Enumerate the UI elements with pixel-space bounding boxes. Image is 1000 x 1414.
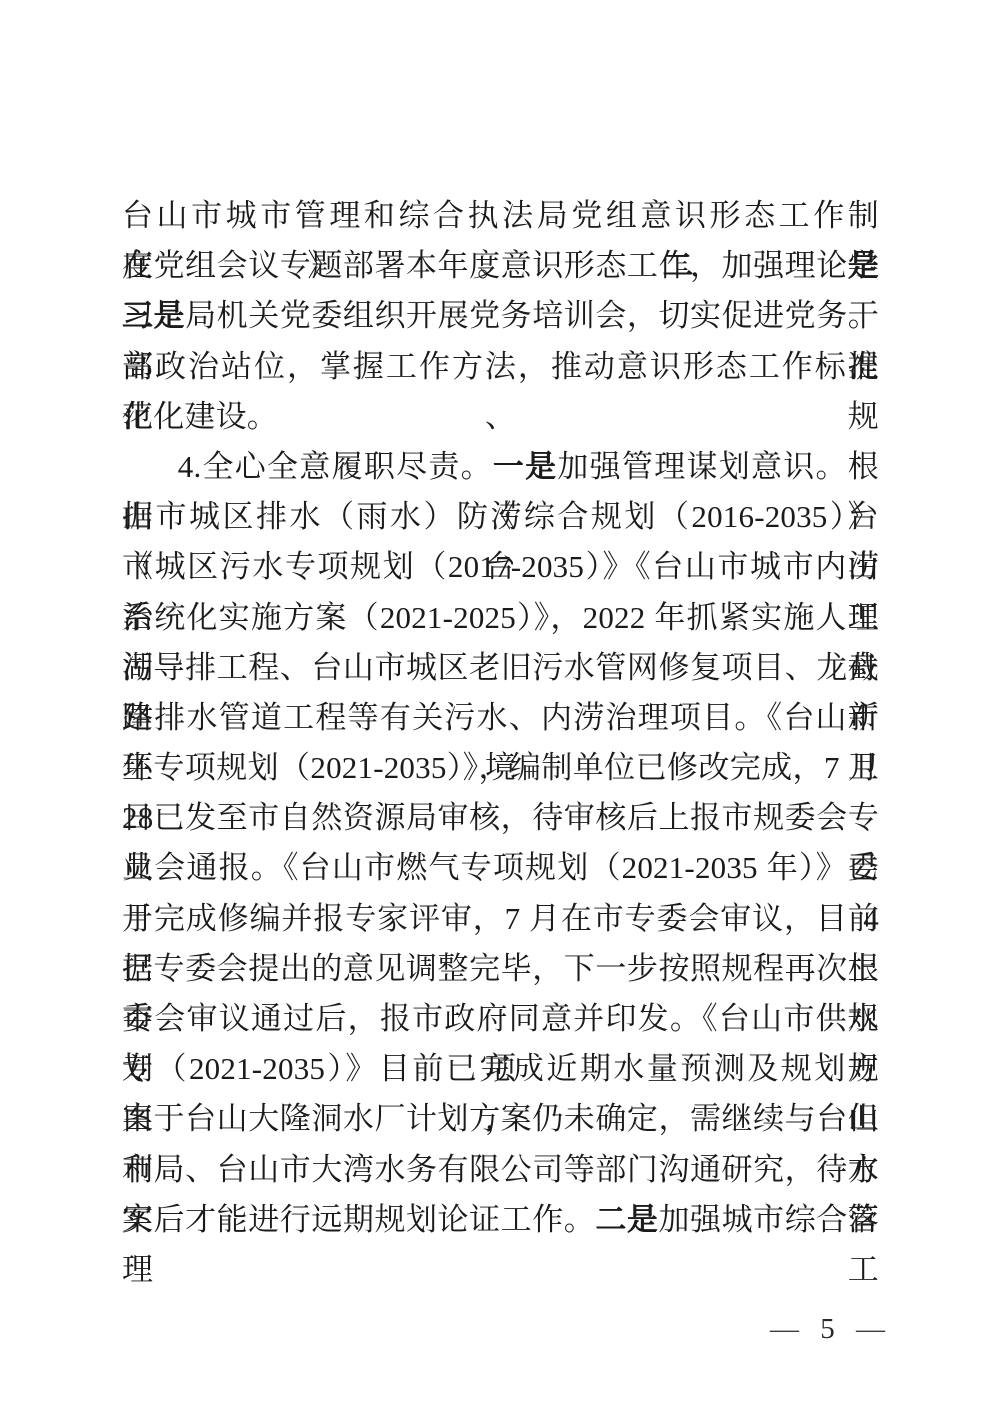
text-line: 实后才能进行远期规划论证工作。二是加强城市综合管理工 — [122, 1195, 879, 1245]
text-line: 山市城区排水（雨水）防涝综合规划（2016-2035）》《台山 — [122, 492, 879, 542]
document-page: 台山市城市管理和综合执法局党组意识形态工作制度》。二是在党组会议专题部署本年度意… — [0, 0, 1000, 1414]
text-line: 由于台山大隆洞水厂计划方案仍未确定，需继续与台山市水 — [122, 1094, 879, 1144]
text-line: 月完成修编并报专家评审，7 月在市专委会审议，目前已根 — [122, 894, 879, 944]
text-line: 污导排工程、台山市城区老旧污水管网修复项目、龙舟路新 — [122, 643, 879, 693]
text-line: 日已发至市自然资源局审核，待审核后上报市规委会专业委 — [122, 793, 879, 843]
text-line: 在党组会议专题部署本年度意识形态工作，加强理论学习。 — [122, 241, 879, 291]
page-number: 5 — [820, 1313, 835, 1346]
text-segment-bold: 三是 — [122, 298, 185, 333]
text-line: 台山市城市管理和综合执法局党组意识形态工作制度》。二是 — [122, 191, 879, 241]
text-segment: 范化建设。 — [122, 399, 278, 434]
text-line: 系统化实施方案（2021-2025）》，2022 年抓紧实施人工湖截 — [122, 593, 879, 643]
text-line: 市城区污水专项规划（2017-2035）》《台山市城市内涝治理 — [122, 542, 879, 592]
text-segment: 实后才能进行远期规划论证工作。 — [122, 1202, 595, 1237]
text-line: 员会通报。《台山市燃气专项规划（2021-2035 年）》已于 4 — [122, 843, 879, 893]
text-line: 据专委会提出的意见调整完毕，下一步按照规程再次上市规 — [122, 944, 879, 994]
page-number-right-dash: — — [856, 1313, 885, 1346]
page-footer: — 5 — — [770, 1313, 885, 1346]
text-line: 高政治站位，掌握工作方法，推动意识形态工作标准化、规 — [122, 342, 879, 392]
text-line: 划（2021-2035）》目前已完成近期水量预测及规划方案，但 — [122, 1044, 879, 1094]
text-segment: 4.全心全意履职尽责。 — [178, 449, 493, 484]
text-line: 三是局机关党委组织开展党务培训会，切实促进党务干部提 — [122, 291, 879, 341]
text-line: 4.全心全意履职尽责。一是加强管理谋划意识。根据《台 — [122, 442, 879, 492]
text-line: 生专项规划（2021-2035）》，编制单位已修改完成，7 月 28 — [122, 743, 879, 793]
page-number-left-dash: — — [770, 1313, 799, 1346]
document-body: 台山市城市管理和综合执法局党组意识形态工作制度》。二是在党组会议专题部署本年度意… — [122, 191, 879, 1245]
text-segment-bold: 一是 — [493, 449, 558, 484]
text-segment-bold: 二是 — [595, 1202, 658, 1237]
text-line: 委会审议通过后，报市政府同意并印发。《台山市供水专项规 — [122, 994, 879, 1044]
text-line: 利局、台山市大湾水务有限公司等部门沟通研究，待方案落 — [122, 1145, 879, 1195]
text-line: 建排水管道工程等有关污水、内涝治理项目。《台山市环境卫 — [122, 693, 879, 743]
